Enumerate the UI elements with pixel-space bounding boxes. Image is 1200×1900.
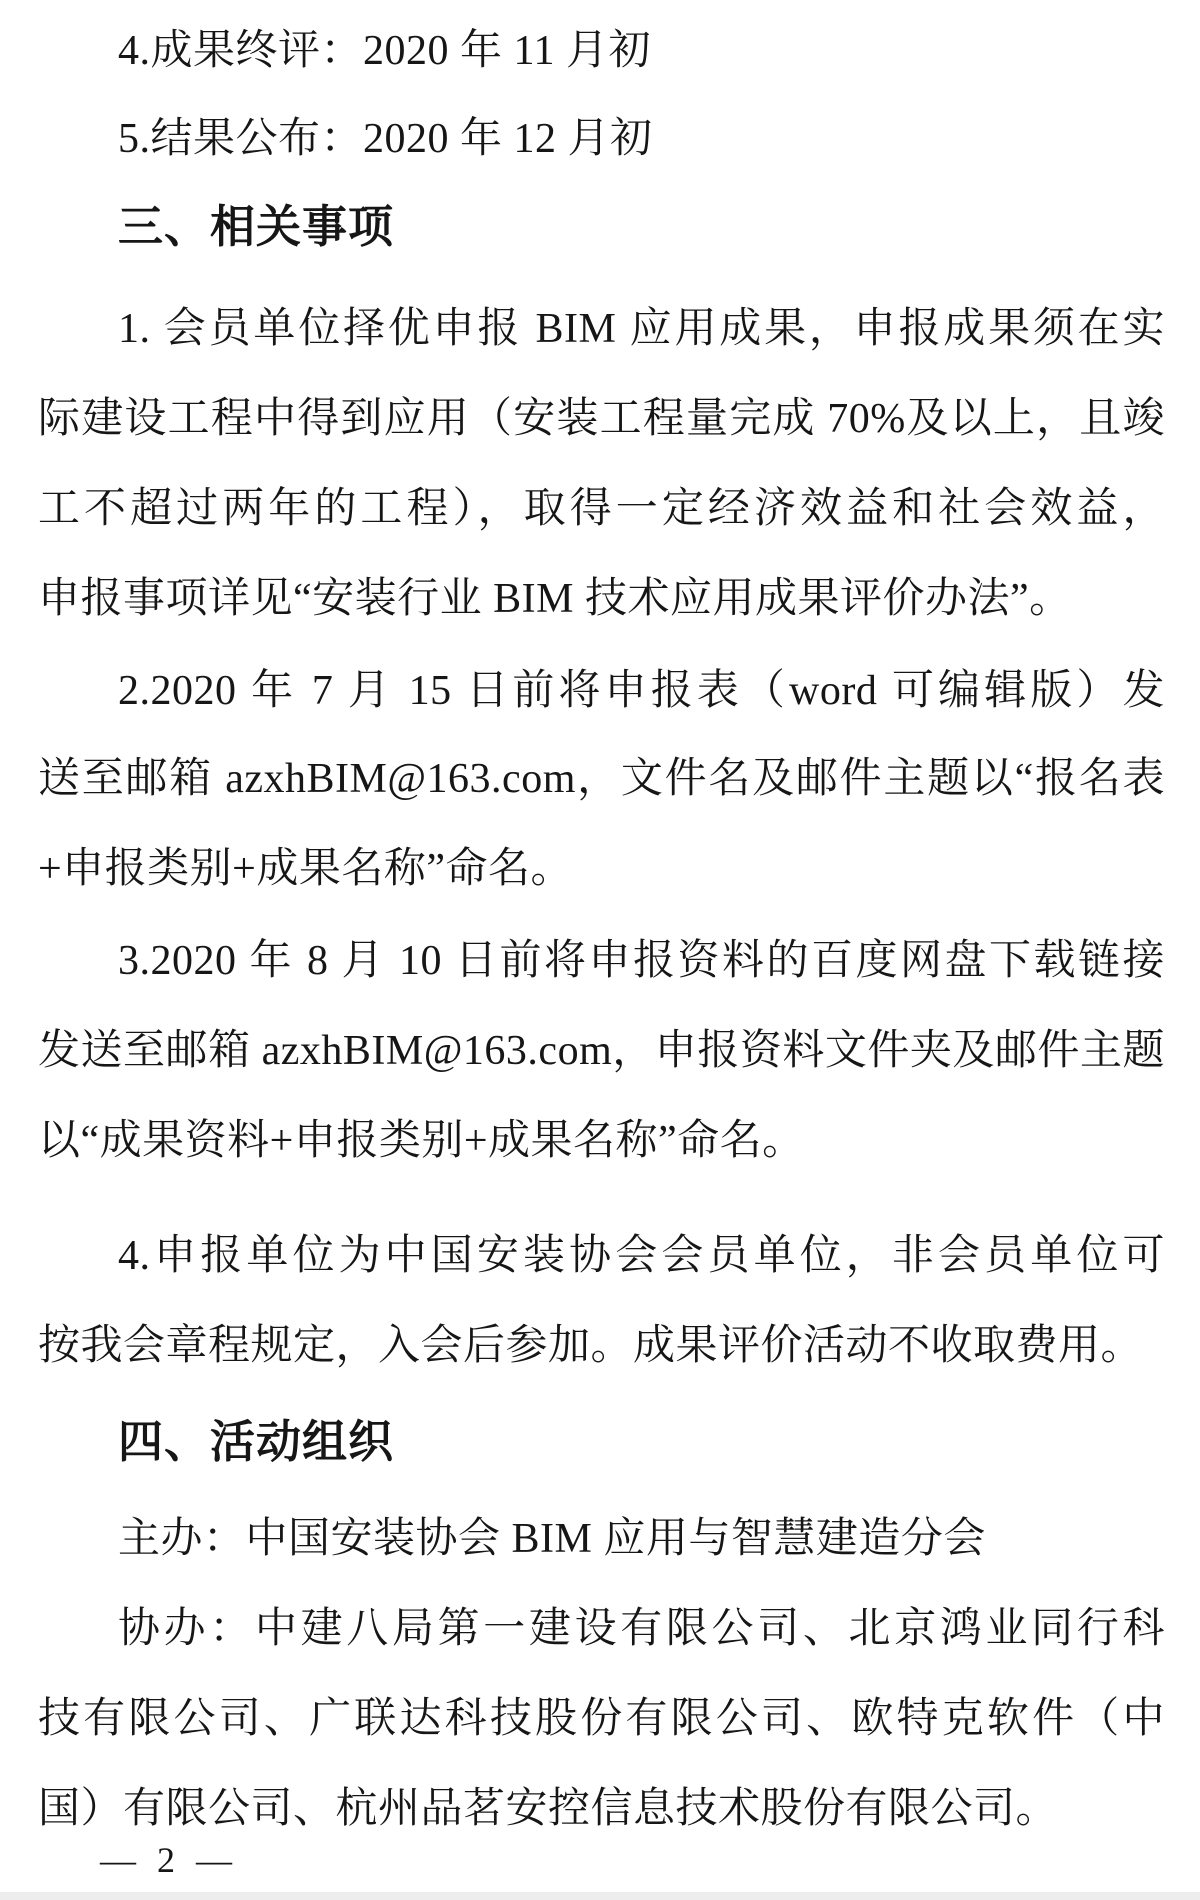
section-3-heading: 三、相关事项 <box>38 201 1165 253</box>
schedule-item-4: 4.成果终评：2020 年 11 月初 <box>38 25 1165 77</box>
schedule-item-5: 5.结果公布：2020 年 12 月初 <box>38 113 1165 165</box>
section-3-item-3-line-1: 3.2020 年 8 月 10 日前将申报资料的百度网盘下载链接 <box>38 935 1165 987</box>
section-4-cohost-line-3: 国）有限公司、杭州品茗安控信息技术股份有限公司。 <box>38 1783 1165 1835</box>
section-4-heading: 四、活动组织 <box>38 1416 1165 1468</box>
section-3-item-3-line-3: 以“成果资料+申报类别+成果名称”命名。 <box>38 1115 1165 1167</box>
section-3-item-2-line-1: 2.2020 年 7 月 15 日前将申报表（word 可编辑版）发 <box>38 665 1165 717</box>
section-3-item-4-line-1: 4.申报单位为中国安装协会会员单位，非会员单位可 <box>38 1230 1165 1282</box>
section-3-item-1-line-3: 工不超过两年的工程），取得一定经济效益和社会效益， <box>38 483 1165 535</box>
section-4-cohost-line-2: 技有限公司、广联达科技股份有限公司、欧特克软件（中 <box>38 1693 1165 1745</box>
section-3-item-2-line-3: +申报类别+成果名称”命名。 <box>38 843 1165 895</box>
section-4-host-line: 主办：中国安装协会 BIM 应用与智慧建造分会 <box>38 1513 1165 1565</box>
section-3-item-3-line-2: 发送至邮箱 azxhBIM@163.com，申报资料文件夹及邮件主题 <box>38 1025 1165 1077</box>
section-3-item-2-line-2: 送至邮箱 azxhBIM@163.com，文件名及邮件主题以“报名表 <box>38 753 1165 805</box>
section-3-item-4-line-2: 按我会章程规定，入会后参加。成果评价活动不收取费用。 <box>38 1320 1165 1372</box>
section-4-cohost-line-1: 协办：中建八局第一建设有限公司、北京鸿业同行科 <box>38 1603 1165 1655</box>
section-3-item-1-line-2: 际建设工程中得到应用（安装工程量完成 70%及以上，且竣 <box>38 393 1165 445</box>
page-number: — 2 — <box>100 1838 238 1882</box>
document-page: 4.成果终评：2020 年 11 月初 5.结果公布：2020 年 12 月初 … <box>0 0 1200 1900</box>
section-3-item-1-line-1: 1. 会员单位择优申报 BIM 应用成果，申报成果须在实 <box>38 303 1165 355</box>
section-3-item-1-line-4: 申报事项详见“安装行业 BIM 技术应用成果评价办法”。 <box>38 573 1165 625</box>
page-bottom-edge <box>0 1892 1200 1900</box>
